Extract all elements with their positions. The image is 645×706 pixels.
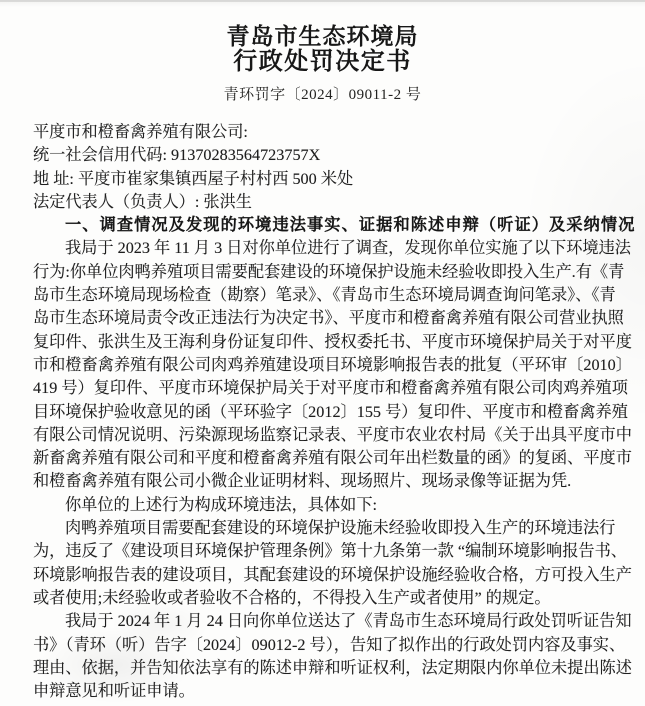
document-text-line: 复印件、张洪生及王海利身份证复印件、授权委托书、平度市环境保护局关于对平度	[33, 331, 639, 354]
issuing-authority-title: 青岛市生态环境局	[0, 24, 645, 49]
document-text-line: 平度市和橙畜禽养殖有限公司:	[33, 121, 639, 144]
section-heading-line: 一、调查情况及发现的环境违法事实、证据和陈述申辩（听证）及采纳情况	[33, 214, 639, 237]
document-text-line: 环境影响报告表的建设项目，其配套建设的环境保护设施经验收合格，方可投入生产	[33, 564, 639, 587]
document-text-line: 新畜禽养殖有限公司和平度和橙畜禽养殖有限公司年出栏数量的函》的复函、平度市	[33, 447, 639, 470]
document-text-line: 肉鸭养殖项目需要配套建设的环境保护设施未经验收即投入生产的环境违法行	[33, 517, 639, 540]
document-text-line: 书》（青环（听）告字〔2024〕09012-2 号），告知了拟作出的行政处罚内容…	[33, 634, 639, 657]
document-text-line: 地 址: 平度市崔家集镇西屋子村村西 500 米处	[33, 168, 639, 191]
document-text-line: 目环境保护验收意见的函（平环验字〔2012〕155 号）复印件、平度市和橙畜禽养…	[33, 401, 639, 424]
document-reference-number: 青环罚字〔2024〕09011-2 号	[0, 83, 645, 104]
document-header: 青岛市生态环境局 行政处罚决定书 青环罚字〔2024〕09011-2 号	[0, 24, 645, 104]
document-text-line: 419 号）复印件、平度市环境保护局关于对平度市和橙畜禽养殖有限公司肉鸡养殖项	[33, 377, 639, 400]
document-text-line: 统一社会信用代码: 91370283564723757X	[33, 144, 639, 167]
scan-top-edge-artifact	[0, 0, 645, 2]
document-text-line: 行为:你单位肉鸭养殖项目需要配套建设的环境保护设施未经验收即投入生产.有《青	[33, 261, 639, 284]
document-body: 平度市和橙畜禽养殖有限公司:统一社会信用代码: 9137028356472375…	[33, 121, 639, 703]
penalty-decision-document-page: 青岛市生态环境局 行政处罚决定书 青环罚字〔2024〕09011-2 号 平度市…	[0, 0, 645, 706]
document-text-line: 你单位的上述行为构成环境违法，具体如下:	[33, 494, 639, 517]
document-text-line: 有限公司情况说明、污染源现场监察记录表、平度市农业农村局《关于出具平度市中	[33, 424, 639, 447]
document-text-line: 和橙畜禽养殖有限公司小微企业证明材料、现场照片、现场录像等证据为凭.	[33, 470, 639, 493]
document-text-line: 法定代表人（负责人）: 张洪生	[33, 191, 639, 214]
document-text-line: 岛市生态环境局现场检查（勘察）笔录》、《青岛市生态环境局调查询问笔录》、《青	[33, 284, 639, 307]
document-text-line: 我局于 2024 年 1 月 24 日向你单位送达了《青岛市生态环境局行政处罚听…	[33, 610, 639, 633]
document-text-line: 岛市生态环境局责令改正违法行为决定书》、平度市和橙畜禽养殖有限公司营业执照	[33, 307, 639, 330]
document-text-line: 我局于 2023 年 11 月 3 日对你单位进行了调查，发现你单位实施了以下环…	[33, 237, 639, 260]
document-type-title: 行政处罚决定书	[0, 49, 645, 75]
document-text-line: 理由、依据，并告知依法享有的陈述申辩和听证权利，法定期限内你单位未提出陈述	[33, 657, 639, 680]
document-text-line: 市和橙畜禽养殖有限公司肉鸡养殖建设项目环境影响报告表的批复（平环审〔2010〕	[33, 354, 639, 377]
document-text-line: 或者使用;未经验收或者验收不合格的，不得投入生产或者使用” 的规定。	[33, 587, 639, 610]
document-text-line: 申辩意见和听证申请。	[33, 680, 639, 703]
document-text-line: 为，违反了《建设项目环境保护管理条例》第十九条第一款 “编制环境影响报告书、	[33, 540, 639, 563]
